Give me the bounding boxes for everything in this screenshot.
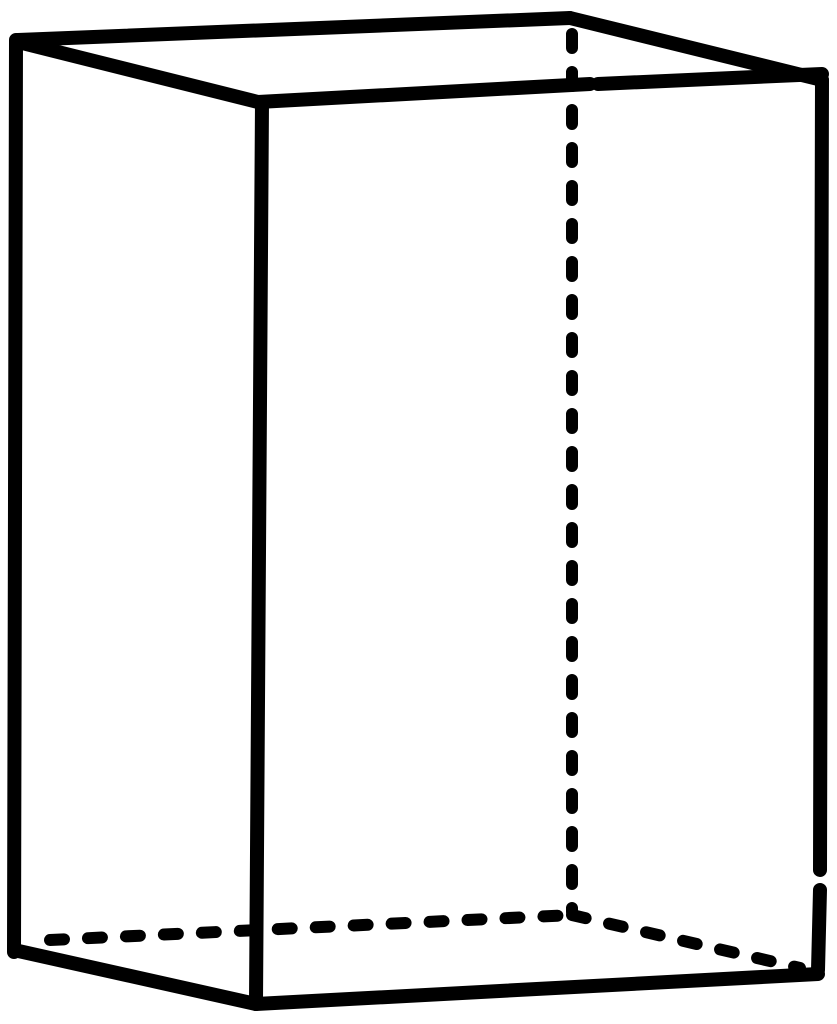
edge-top-left	[18, 42, 258, 102]
edge-top-back	[18, 18, 570, 40]
edge-top-front	[258, 84, 590, 102]
edge-right-vertical-lower	[818, 890, 820, 970]
hidden-edge-bottom-right	[572, 915, 800, 968]
edge-left-vertical	[14, 40, 16, 952]
rectangular-prism-diagram	[0, 0, 837, 1024]
edge-top-front-right	[598, 74, 822, 84]
edge-right-vertical-upper	[820, 80, 822, 870]
hidden-edge-bottom-left	[50, 915, 572, 940]
edge-bottom-left	[14, 950, 256, 1004]
edge-front-vertical	[256, 102, 262, 1002]
visible-edges	[14, 18, 822, 1004]
hidden-edges	[50, 34, 800, 968]
edge-bottom-front	[256, 974, 818, 1004]
